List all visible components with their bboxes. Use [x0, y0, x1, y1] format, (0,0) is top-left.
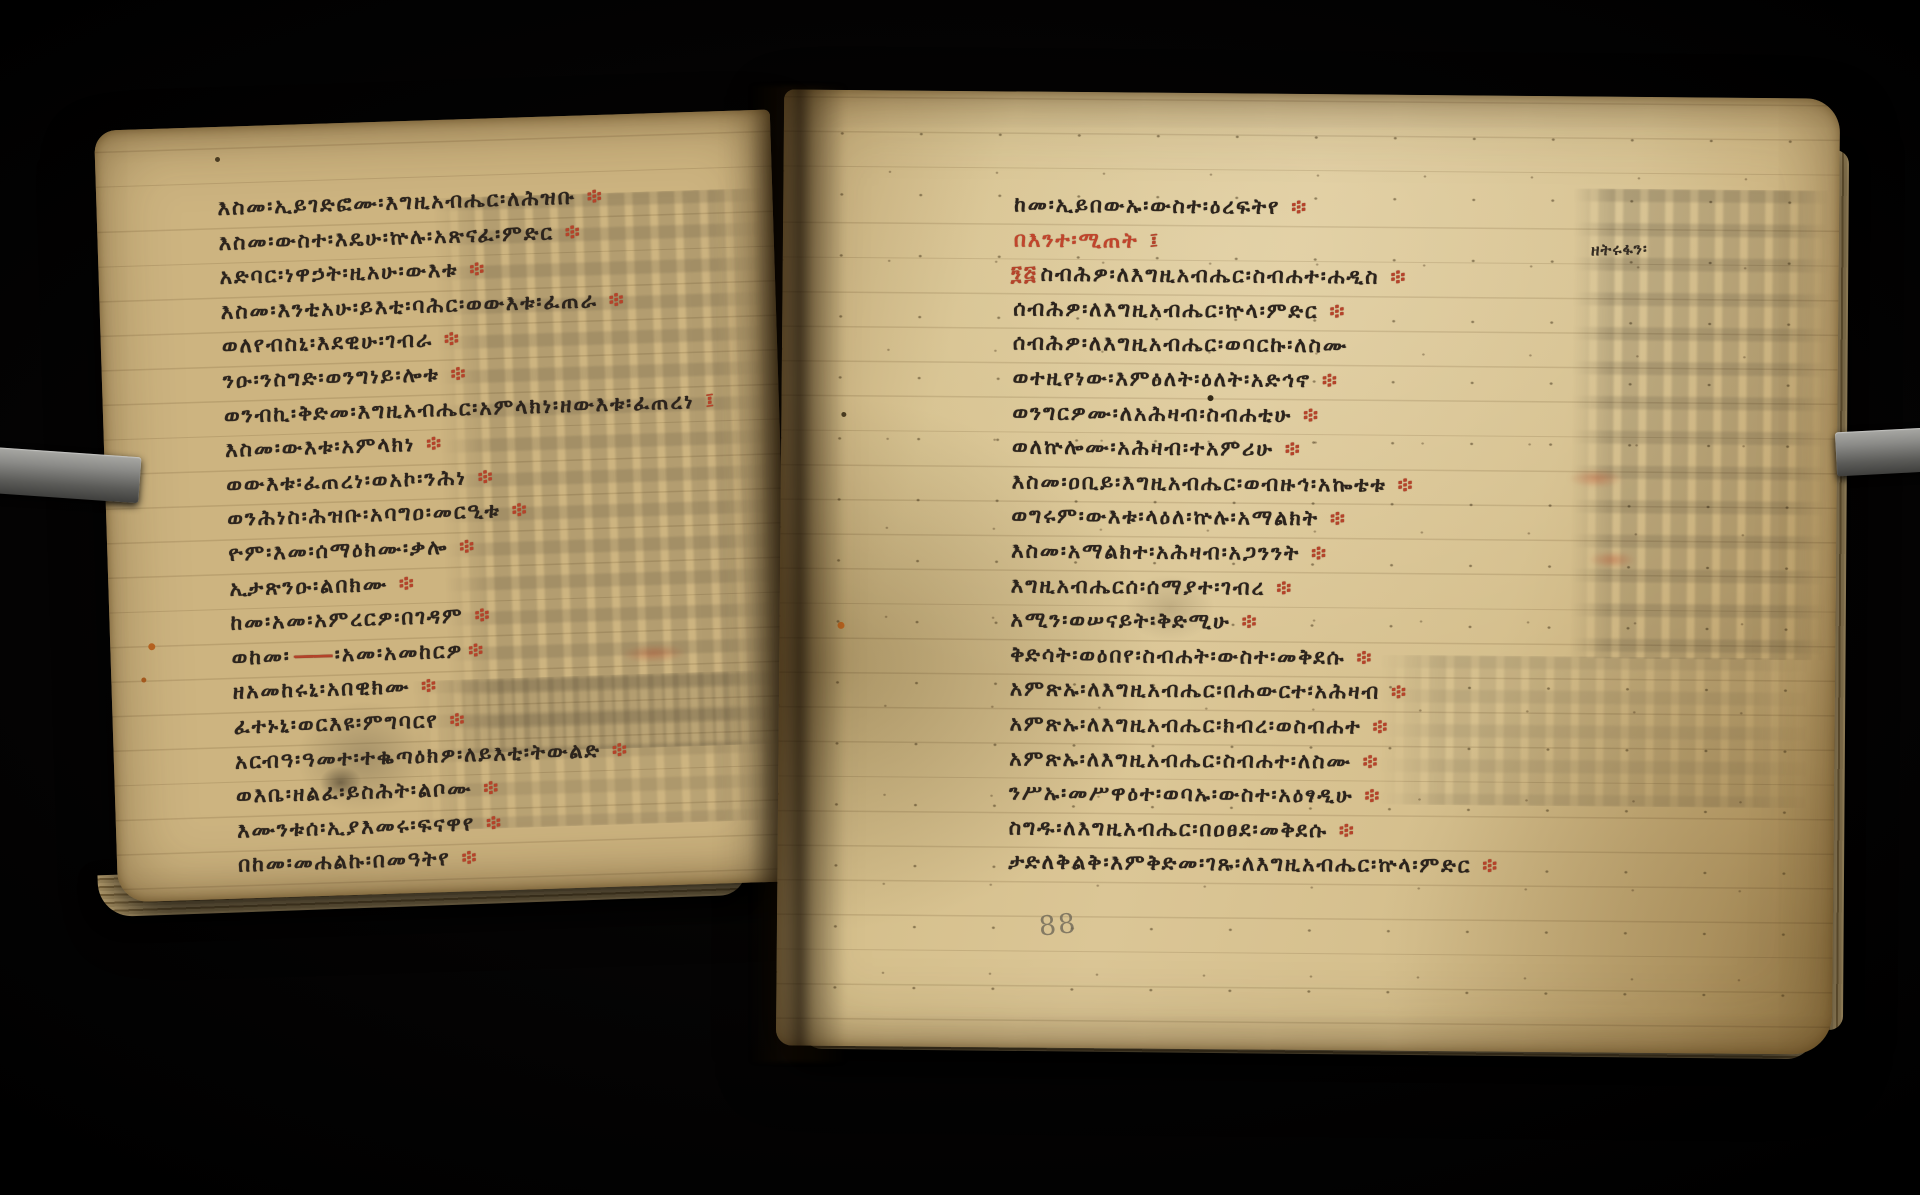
text-line: አምጽኡ፡ለእግዚአብሔር፡በሐውርተ፡አሕዛብ፨	[1007, 672, 1501, 711]
psalm-number	[214, 196, 215, 220]
section-mark: ፨	[565, 219, 582, 244]
line-text	[506, 498, 507, 522]
psalm-number	[234, 818, 235, 842]
line-text	[394, 571, 395, 595]
section-mark: ፨	[612, 737, 629, 762]
psalm-number	[235, 853, 236, 877]
text-line: ወለኵሎሙ፡አሕዛብ፡ተአምሪሁ፨	[1009, 430, 1503, 469]
text-line: አምጽኡ፡ለእግዚአብሔር፡ክብረ፡ወስብሐተ፨	[1007, 706, 1501, 745]
line-text: አምጽኡ፡ለእግዚአብሔር፡ክብረ፡ወስብሐተ	[1010, 711, 1362, 738]
text-line: አምጽኡ፡ለእግዚአብሔር፡ስብሐተ፡ለስሙ፨	[1006, 741, 1500, 780]
section-mark: ፤	[1149, 228, 1160, 252]
erased-word	[478, 811, 479, 835]
erased-word	[436, 328, 437, 352]
line-text: ፡አመ፡አመከርዎ	[334, 638, 463, 666]
line-text: እስመ፡አማልክተ፡አሕዛብ፡አጋንንት	[1011, 538, 1300, 565]
erased-word: ——	[293, 642, 332, 667]
psalm-number	[218, 334, 219, 358]
text-line: በእንተ፡ሚጠት፤	[1011, 222, 1505, 261]
line-text: ታድለቅልቅ፡እምቅድመ፡ገጹ፡ለእግዚአብሔር፡ኵላ፡ምድር	[1008, 850, 1471, 878]
section-mark: ፨	[1363, 749, 1380, 773]
line-text: ስግዱ፡ለእግዚአብሔር፡በዐፀደ፡መቅደሱ	[1009, 815, 1328, 842]
stain-spot	[141, 677, 146, 682]
section-mark: ፨	[426, 431, 443, 456]
psalm-number	[222, 438, 223, 462]
line-text: ፈተኑኒ፡ወርእዩ፡ምግባርየ	[233, 708, 439, 738]
show-through-red-ghost	[1559, 466, 1633, 491]
erased-word	[413, 674, 414, 698]
line-text	[454, 535, 455, 559]
erased-word	[469, 465, 470, 489]
section-mark: ፨	[1276, 575, 1293, 599]
line-text: ኢታጽንዑ፡ልበክሙ	[229, 571, 388, 600]
marginal-owner-note: ዘትሩፋን፡	[1591, 239, 1648, 260]
line-text: ዮም፡እመ፡ሰማዕክሙ፡ቃሎ	[228, 535, 449, 566]
line-text	[416, 674, 417, 698]
left-page-text: እስመ፡ኢይገድፎሙ፡እግዚአብሔር፡ለሕዝቡ፨እስመ፡ውስተ፡እዴሁ፡ኵሉ፡አ…	[214, 176, 731, 883]
right-page: ዘትሩፋን፡ ከመ፡ኢይበውኡ፡ውስተ፡ዕረፍትየ፨በእንተ፡ሚጠት፤፺፭ስብሕ…	[776, 89, 1840, 1054]
text-line: ቅድሳት፡ወዕበየ፡ስብሐት፡ውስተ፡መቅደሱ፨	[1007, 637, 1501, 676]
section-mark: ፨	[1322, 368, 1339, 392]
line-text	[607, 738, 608, 762]
line-text: እስመ፡ውእቱ፡አምላክነ	[225, 432, 416, 462]
line-text	[478, 776, 479, 800]
section-mark: ፨	[483, 775, 500, 800]
line-text: ወከመ፡	[231, 644, 291, 670]
stain-spot	[215, 157, 220, 162]
line-text: እስመ፡እንቲአሁ፡ይእቲ፡ባሕር፡ወውእቱ፡ፈጠራ	[220, 288, 598, 324]
line-text: ወእቤ፡ዘልፈ፡ይስሕት፡ልቦሙ	[236, 776, 473, 807]
section-mark: ፤	[705, 388, 716, 412]
psalm-number	[228, 646, 229, 670]
line-text	[481, 811, 482, 835]
line-text	[560, 220, 561, 244]
section-mark: ፨	[399, 570, 416, 595]
psalm-number	[216, 265, 217, 289]
section-mark: ፨	[511, 498, 528, 523]
stain-spot	[837, 622, 844, 629]
text-line: ንሥኡ፡መሥዋዕተ፡ወባኡ፡ውስተ፡አዕፃዲሁ፨	[1006, 775, 1500, 814]
line-text: ንዑ፡ንስግድ፡ወንግነይ፡ሎቱ	[223, 362, 440, 393]
psalm-number	[225, 542, 226, 566]
line-text	[439, 327, 440, 351]
line-text	[700, 388, 701, 412]
text-line: ከመ፡ኢይበውኡ፡ውስተ፡ዕረፍትየ፨	[1011, 187, 1505, 226]
line-text: ወውእቱ፡ፈጠረነ፡ወአኮ፡ንሕነ	[226, 465, 467, 497]
section-mark: ፨	[1398, 473, 1415, 497]
line-text	[445, 362, 446, 386]
erased-word	[391, 571, 392, 595]
section-mark: ፨	[1285, 437, 1302, 461]
line-text: በእንተ፡ሚጠት	[1014, 227, 1139, 252]
psalm-number	[230, 715, 231, 739]
stain-spot	[148, 643, 155, 650]
text-line: እስመ፡ዐቢይ፡እግዚአብሔር፡ወብዙኅ፡አኰቴቱ፨	[1009, 464, 1503, 503]
erased-word	[451, 535, 452, 559]
erased-word	[466, 603, 467, 627]
line-text	[603, 288, 604, 312]
line-text: ወለኵሎሙ፡አሕዛብ፡ተአምሪሁ	[1012, 435, 1274, 461]
line-text: ዘአመከሩኒ፡አበዊክሙ	[232, 674, 410, 704]
section-mark: ፨	[449, 707, 466, 732]
text-line: እስመ፡አማልክተ፡አሕዛብ፡አጋንንት፨	[1008, 533, 1502, 572]
text-line: ሰብሕዎ፡ለእግዚአብሔር፡ኵላ፡ምድር፨	[1010, 291, 1504, 330]
manuscript-photo: እስመ፡ኢይገድፎሙ፡እግዚአብሔር፡ለሕዝቡ፨እስመ፡ውስተ፡እዴሁ፡ኵሉ፡አ…	[0, 0, 1920, 1195]
section-mark: ፨	[421, 674, 438, 699]
section-mark: ፨	[477, 464, 494, 489]
psalm-number	[223, 473, 224, 497]
section-mark: ፨	[1330, 507, 1347, 531]
text-line: እግዚአብሔርሰ፡ሰማያተ፡ገብረ፨	[1008, 568, 1502, 607]
line-text: ቅድሳት፡ወዕበየ፡ስብሐት፡ውስተ፡መቅደሱ	[1010, 642, 1346, 669]
section-mark: ፨	[608, 287, 625, 312]
psalm-number	[215, 231, 216, 255]
section-mark: ፨	[450, 361, 467, 386]
section-mark: ፨	[461, 845, 478, 870]
text-line: ወተዚየነው፡እምዕለት፡ዕለት፡አድኅኖ፨	[1010, 360, 1504, 399]
psalm-number	[217, 300, 218, 324]
text-line: ስግዱ፡ለእግዚአብሔር፡በዐፀደ፡መቅደሱ፨	[1006, 810, 1500, 849]
right-page-text: ከመ፡ኢይበውኡ፡ውስተ፡ዕረፍትየ፨በእንተ፡ሚጠት፤፺፭ስብሕዎ፡ለእግዚአ…	[1005, 187, 1505, 883]
line-text	[464, 257, 465, 281]
book-clamp-left	[0, 447, 141, 503]
line-text: እስመ፡ዐቢይ፡እግዚአብሔር፡ወብዙኅ፡አኰቴቱ	[1012, 469, 1387, 496]
line-text: አምጽኡ፡ለእግዚአብሔር፡በሐውርተ፡አሕዛብ	[1010, 677, 1380, 704]
section-mark: ፨	[474, 603, 491, 628]
psalm-number	[221, 404, 222, 428]
book-clamp-right	[1835, 428, 1920, 477]
line-text: ወለየብስኒ፡እደዊሁ፡ገብራ	[221, 328, 433, 359]
section-mark: ፨	[1329, 299, 1346, 323]
erased-word	[578, 185, 579, 209]
text-line: አሚን፡ወሠናይት፡ቅድሚሁ፨	[1007, 603, 1501, 642]
psalm-number: ፺፭	[1010, 262, 1037, 286]
section-mark: ፨	[1482, 854, 1499, 878]
text-line: ወግሩም፡ውእቱ፡ላዕለ፡ኵሉ፡አማልክት፨	[1008, 499, 1502, 538]
text-line: ፺፭ስብሕዎ፡ለእግዚአብሔር፡ስብሐተ፡ሐዲስ፨	[1010, 257, 1504, 296]
line-text: ስብሕዎ፡ለእግዚአብሔር፡ስብሐተ፡ሐዲስ	[1041, 262, 1380, 289]
section-mark: ፨	[1303, 403, 1320, 427]
psalm-number	[220, 369, 221, 393]
section-mark: ፨	[1311, 541, 1328, 565]
erased-word	[418, 432, 419, 456]
erased-word	[604, 738, 605, 762]
section-mark: ፨	[468, 638, 485, 663]
section-mark: ፨	[1391, 680, 1408, 704]
line-text	[472, 465, 473, 489]
erased-word	[503, 498, 504, 522]
line-text: ወንሕነስ፡ሕዝቡ፡አባግዐ፡መርዒቱ	[227, 499, 501, 532]
line-text: ወተዚየነው፡እምዕለት፡ዕለት፡አድኅኖ	[1013, 365, 1312, 392]
line-text: አርብዓ፡ዓመተ፡ተቈጣዕክዎ፡ለይእቲ፡ትውልድ	[235, 738, 602, 773]
folio-number-pencil: 88	[1038, 908, 1079, 943]
erased-word	[453, 846, 454, 870]
psalm-number	[232, 749, 233, 773]
line-text: አምጽኡ፡ለእግዚአብሔር፡ስብሐተ፡ለስሙ	[1009, 746, 1352, 773]
line-text: ወግሩም፡ውእቱ፡ላዕለ፡ኵሉ፡አማልክት	[1011, 504, 1319, 531]
line-text: አድባር፡ነዋኃት፡ዚአሁ፡ውእቱ	[219, 258, 458, 289]
psalm-number	[227, 611, 228, 635]
section-mark: ፨	[459, 534, 476, 559]
line-text: ከመ፡አመ፡አምረርዎ፡በገዳም	[230, 604, 464, 635]
section-mark: ፨	[1291, 195, 1308, 219]
erased-word	[441, 708, 442, 732]
line-text: እሙንቱሰ፡ኢያእመሩ፡ፍናዋየ	[237, 811, 476, 842]
line-text: ንሥኡ፡መሥዋዕተ፡ወባኡ፡ውስተ፡አዕፃዲሁ	[1009, 780, 1354, 807]
erased-word	[461, 258, 462, 282]
erased-word	[600, 288, 601, 312]
section-mark: ፨	[1390, 265, 1407, 289]
line-text: ሰብሕዎ፡ለእግዚአብሔር፡ኵላ፡ምድር	[1013, 296, 1318, 323]
line-text	[421, 432, 422, 456]
section-mark: ፨	[586, 184, 603, 209]
line-text	[581, 185, 582, 209]
line-text: አሚን፡ወሠናይት፡ቅድሚሁ	[1010, 608, 1230, 634]
left-page: እስመ፡ኢይገድፎሙ፡እግዚአብሔር፡ለሕዝቡ፨እስመ፡ውስተ፡እዴሁ፡ኵሉ፡አ…	[94, 110, 794, 903]
section-mark: ፨	[1364, 784, 1381, 808]
erased-word	[475, 776, 476, 800]
show-through-red-ghost	[1580, 548, 1644, 571]
text-line: ወንግርዎሙ፡ለአሕዛብ፡ስብሐቲሁ፨	[1009, 395, 1503, 434]
text-line: ታድለቅልቅ፡እምቅድመ፡ገጹ፡ለእግዚአብሔር፡ኵላ፡ምድር፨	[1005, 845, 1499, 884]
line-text: ሰብሕዎ፡ለእግዚአብሔር፡ወባርኩ፡ለስሙ	[1013, 331, 1348, 358]
line-text: ከመ፡ኢይበውኡ፡ውስተ፡ዕረፍትየ	[1014, 192, 1280, 218]
section-mark: ፨	[486, 810, 503, 835]
line-text	[444, 708, 445, 732]
line-text: እግዚአብሔርሰ፡ሰማያተ፡ገብረ	[1011, 573, 1266, 599]
psalm-number	[233, 784, 234, 808]
erased-word	[557, 220, 558, 244]
psalm-number	[226, 576, 227, 600]
section-mark: ፨	[444, 327, 461, 352]
text-line: ሰብሕዎ፡ለእግዚአብሔር፡ወባርኩ፡ለስሙ	[1010, 326, 1504, 365]
line-text	[456, 846, 457, 870]
line-text: ወንግርዎሙ፡ለአሕዛብ፡ስብሐቲሁ	[1012, 400, 1292, 426]
psalm-number	[229, 680, 230, 704]
section-mark: ፨	[469, 257, 486, 282]
psalm-number	[224, 507, 225, 531]
line-text: በከመ፡መሐልኩ፡በመዓትየ	[238, 846, 451, 877]
line-text	[469, 603, 470, 627]
section-mark: ፨	[1373, 714, 1390, 738]
section-mark: ፨	[1339, 818, 1356, 842]
stain-spot	[841, 412, 846, 417]
erased-word	[697, 389, 698, 413]
erased-word	[442, 362, 443, 386]
line-text: እስመ፡ኢይገድፎሙ፡እግዚአብሔር፡ለሕዝቡ	[217, 185, 576, 220]
line-text: እስመ፡ውስተ፡እዴሁ፡ኵሉ፡አጽናፈ፡ምድር	[218, 220, 554, 255]
section-mark: ፨	[1356, 645, 1373, 669]
section-mark: ፨	[1242, 610, 1259, 634]
